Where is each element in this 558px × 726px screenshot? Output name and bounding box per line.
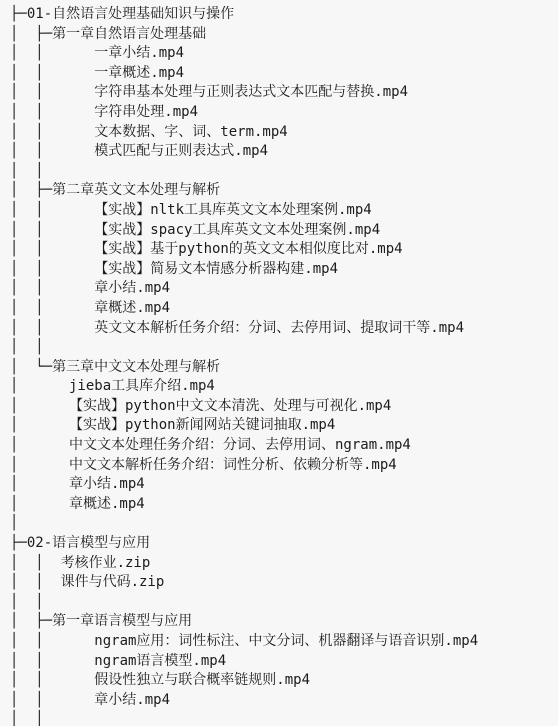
tree-row-guide: │ <box>10 514 558 534</box>
tree-row-guide: │ │ <box>10 593 558 613</box>
tree-row-file: │ │ 文本数据、字、词、term.mp4 <box>10 123 558 143</box>
tree-row-file: │ 中文文本处理任务介绍：分词、去停用词、ngram.mp4 <box>10 436 558 456</box>
tree-row-file: │ │ 【实战】基于python的英文文本相似度比对.mp4 <box>10 240 558 260</box>
tree-row-file: │ │ 章小结.mp4 <box>10 279 558 299</box>
tree-row-file: │ │ 【实战】简易文本情感分析器构建.mp4 <box>10 260 558 280</box>
tree-row-guide: │ │ <box>10 338 558 358</box>
tree-row-folder: ├─01-自然语言处理基础知识与操作 <box>10 5 558 25</box>
directory-tree-listing: ├─01-自然语言处理基础知识与操作│ ├─第一章自然语言处理基础│ │ 一章小… <box>0 0 558 726</box>
tree-row-folder: │ ├─第一章自然语言处理基础 <box>10 25 558 45</box>
tree-row-file: │ │ 章概述.mp4 <box>10 299 558 319</box>
tree-row-folder: ├─02-语言模型与应用 <box>10 534 558 554</box>
tree-row-file: │ │ 课件与代码.zip <box>10 573 558 593</box>
tree-row-file: │ │ 一章小结.mp4 <box>10 44 558 64</box>
tree-row-file: │ │ 字符串基本处理与正则表达式文本匹配与替换.mp4 <box>10 83 558 103</box>
tree-row-file: │ │ ngram应用：词性标注、中文分词、机器翻译与语音识别.mp4 <box>10 632 558 652</box>
tree-row-file: │ 【实战】python中文文本清洗、处理与可视化.mp4 <box>10 397 558 417</box>
tree-row-folder: │ ├─第二章英文文本处理与解析 <box>10 181 558 201</box>
tree-row-file: │ │ 英文文本解析任务介绍：分词、去停用词、提取词干等.mp4 <box>10 319 558 339</box>
tree-row-file: │ │ ngram语言模型.mp4 <box>10 652 558 672</box>
tree-row-folder: │ └─第三章中文文本处理与解析 <box>10 358 558 378</box>
tree-row-file: │ │ 模式匹配与正则表达式.mp4 <box>10 142 558 162</box>
tree-row-file: │ │ 一章概述.mp4 <box>10 64 558 84</box>
tree-row-file: │ 章小结.mp4 <box>10 475 558 495</box>
tree-row-guide: │ │ <box>10 162 558 182</box>
tree-row-file: │ │ 考核作业.zip <box>10 554 558 574</box>
tree-row-file: │ │ 【实战】spacy工具库英文文本处理案例.mp4 <box>10 221 558 241</box>
tree-row-file: │ │ 章小结.mp4 <box>10 691 558 711</box>
tree-row-guide: │ │ <box>10 710 558 726</box>
tree-row-folder: │ ├─第一章语言模型与应用 <box>10 612 558 632</box>
tree-row-file: │ │ 假设性独立与联合概率链规则.mp4 <box>10 671 558 691</box>
tree-row-file: │ 中文文本解析任务介绍：词性分析、依赖分析等.mp4 <box>10 456 558 476</box>
tree-row-file: │ 【实战】python新闻网站关键词抽取.mp4 <box>10 416 558 436</box>
tree-row-file: │ jieba工具库介绍.mp4 <box>10 377 558 397</box>
tree-row-file: │ │ 字符串处理.mp4 <box>10 103 558 123</box>
tree-row-file: │ │ 【实战】nltk工具库英文文本处理案例.mp4 <box>10 201 558 221</box>
tree-row-file: │ 章概述.mp4 <box>10 495 558 515</box>
